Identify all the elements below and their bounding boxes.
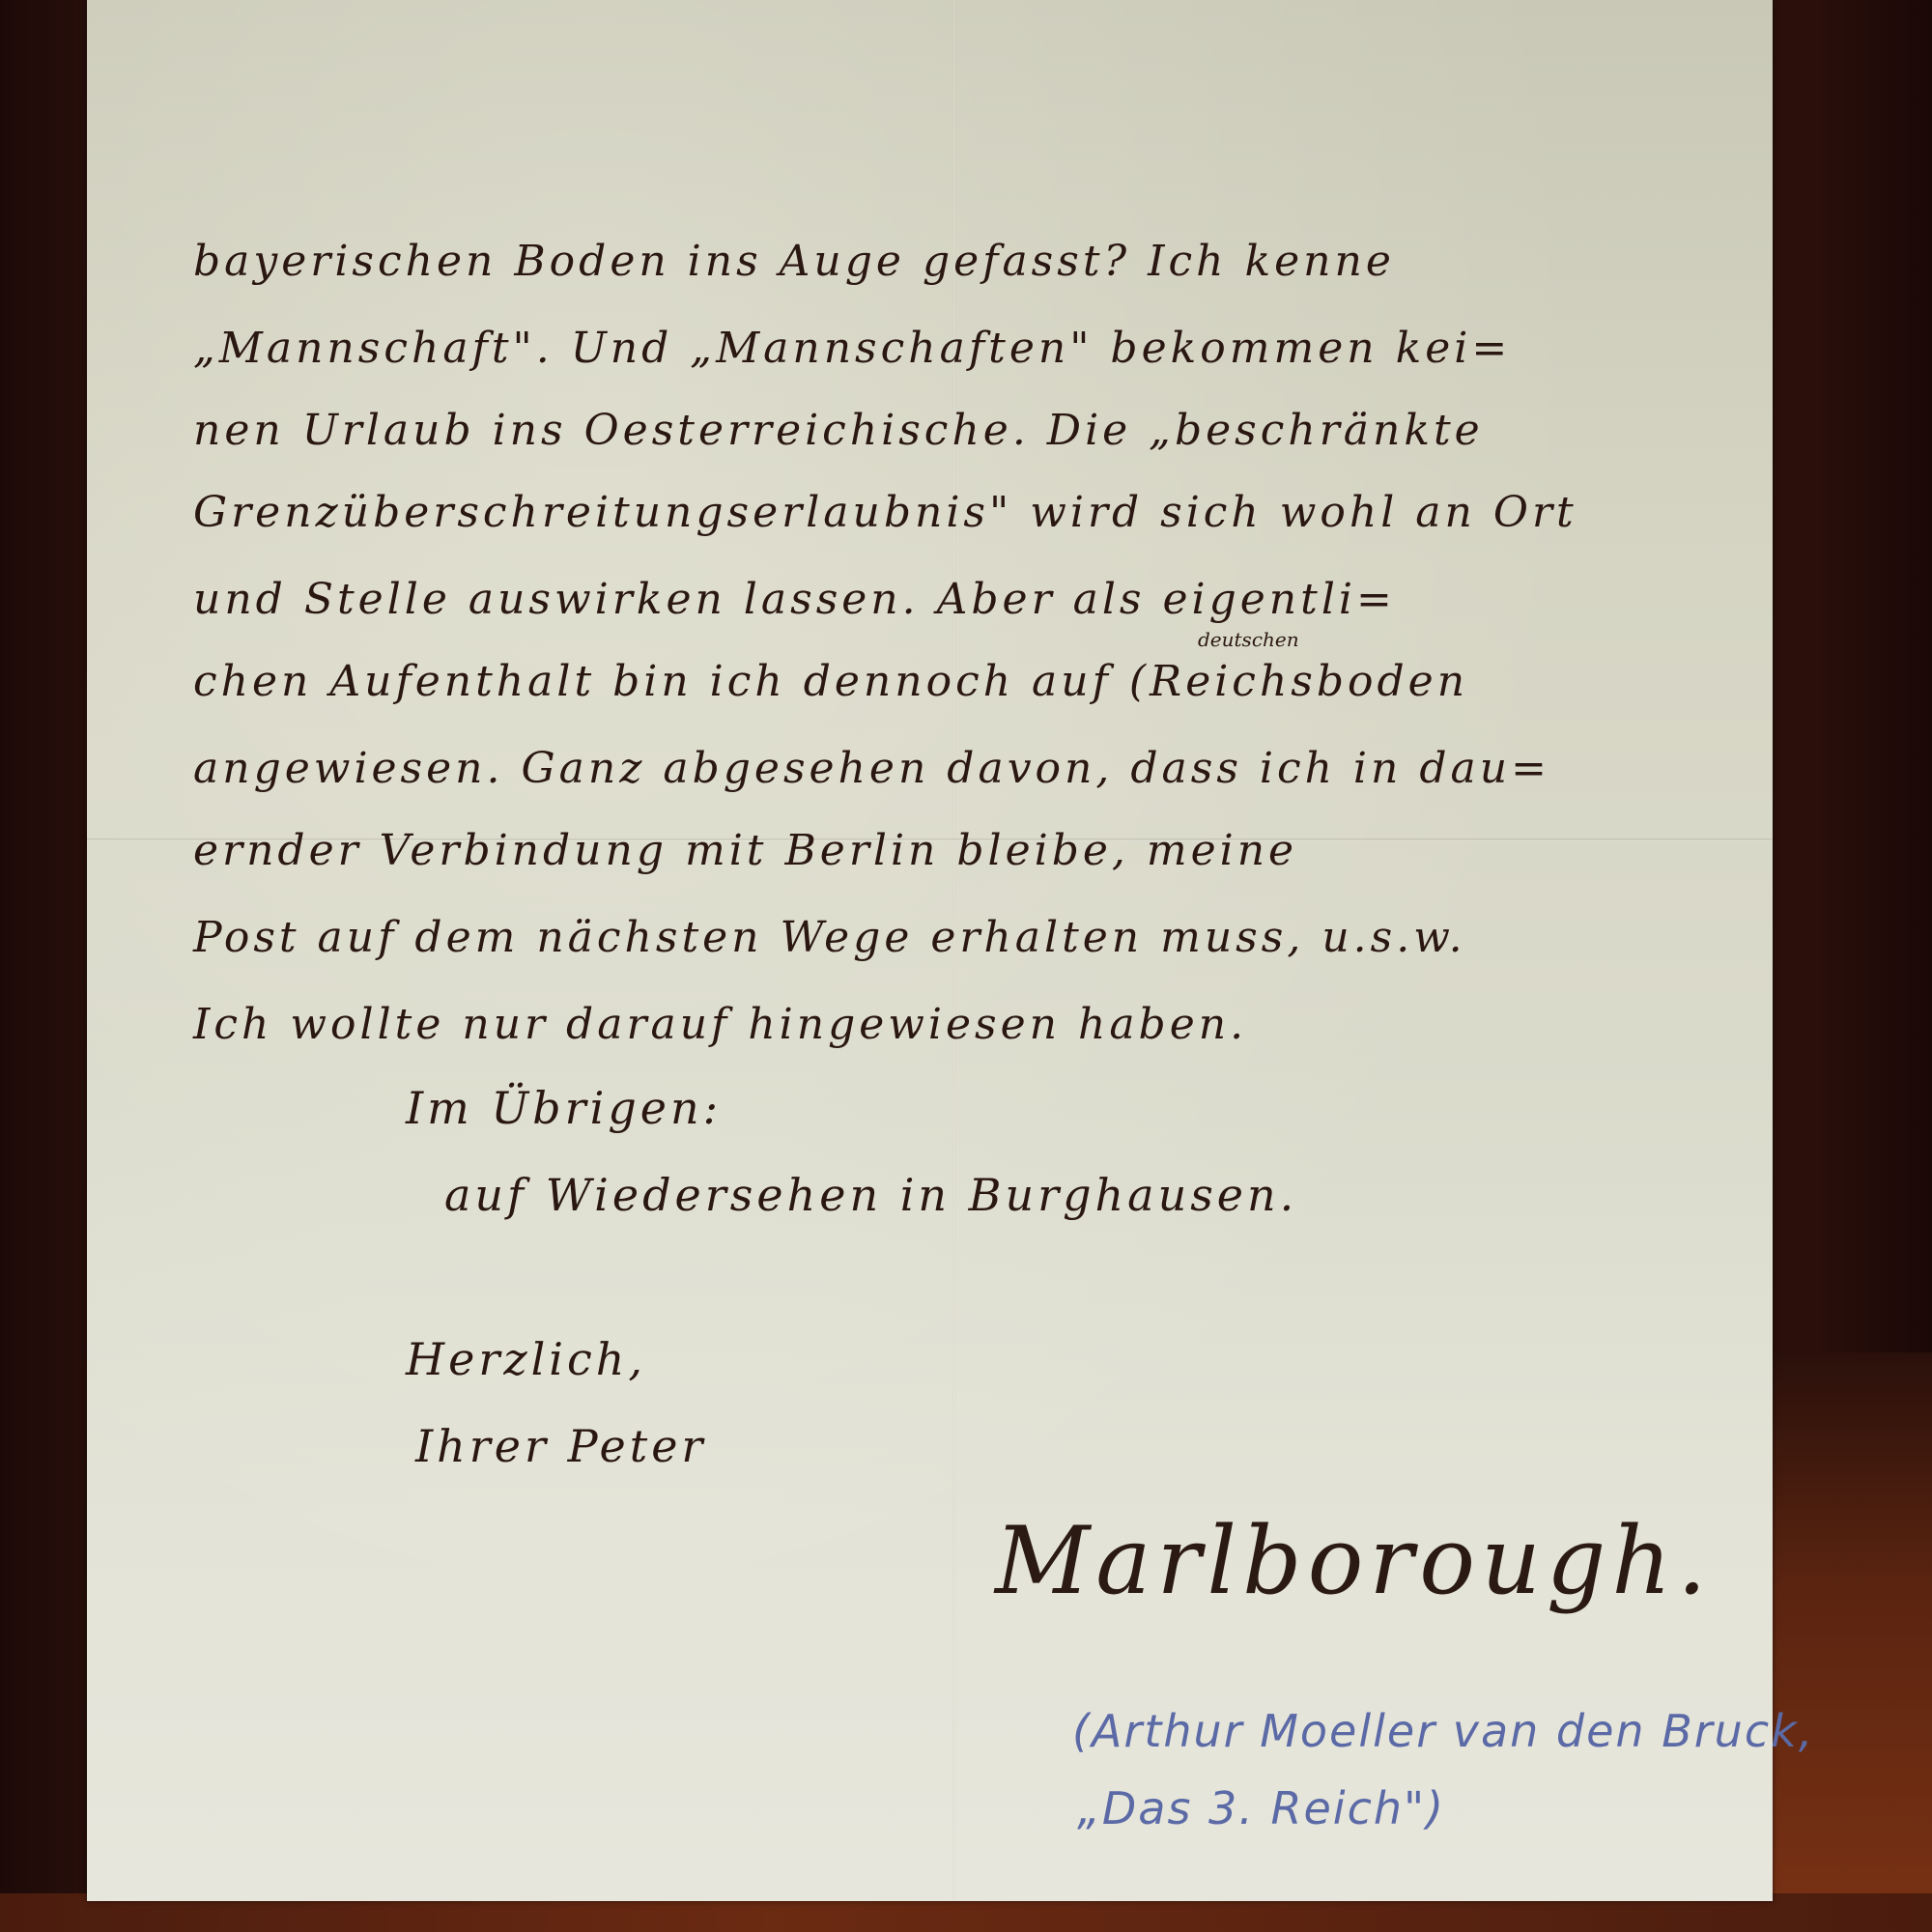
signature: Marlborough. — [995, 1507, 1713, 1615]
closing-line-2: auf Wiedersehen in Burghausen. — [444, 1169, 1297, 1221]
wooden-table-surface — [1768, 1352, 1932, 1932]
pencil-annotation-line-1: (Arthur Moeller van den Bruck, — [1072, 1705, 1814, 1757]
letter-line-5: und Stelle auswirken lassen. Aber als ei… — [193, 575, 1396, 624]
letter-line-9: Post auf dem nächsten Wege erhalten muss… — [193, 913, 1466, 962]
letter-line-10: Ich wollte nur darauf hingewiesen haben. — [193, 1000, 1247, 1049]
letter-line-2: „Mannschaft". Und „Mannschaften" bekomme… — [193, 324, 1511, 373]
closing-line-1: Im Übrigen: — [406, 1082, 722, 1134]
pencil-annotation-line-2: „Das 3. Reich") — [1077, 1782, 1445, 1834]
letter-line-3: nen Urlaub ins Oesterreichische. Die „be… — [193, 406, 1484, 455]
letter-line-1: bayerischen Boden ins Auge gefasst? Ich … — [193, 237, 1395, 286]
interlinear-insertion: deutschen — [1198, 628, 1299, 651]
letter-line-8: ernder Verbindung mit Berlin bleibe, mei… — [193, 826, 1297, 875]
closing-greeting: Herzlich, — [406, 1333, 646, 1385]
closing-sender: Ihrer Peter — [415, 1420, 706, 1472]
letter-line-6: chen Aufenthalt bin ich dennoch auf (Rei… — [193, 657, 1468, 706]
letter-line-4: Grenzüberschreitungserlaubnis" wird sich… — [193, 488, 1577, 537]
letter-line-7: angewiesen. Ganz abgesehen davon, dass i… — [193, 744, 1550, 793]
